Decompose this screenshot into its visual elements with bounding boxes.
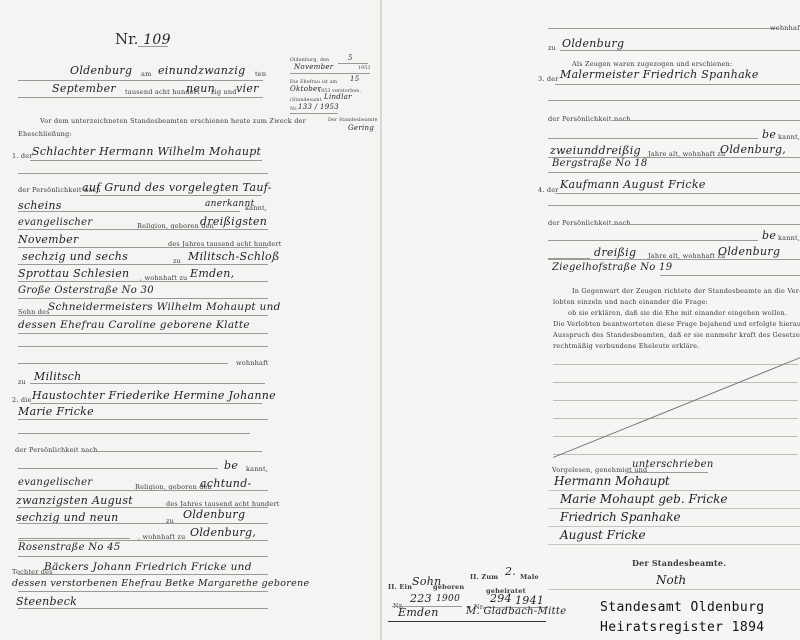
bride-residence: Oldenburg, — [190, 526, 256, 539]
registrar-label: Der Standesbeamte. — [632, 558, 726, 568]
groom-address: Große Osterstraße No 30 — [18, 285, 154, 296]
witness4-identity-mark: be — [762, 229, 776, 242]
witness3-kannt: kannt, — [778, 133, 800, 141]
witness4-kannt: kannt, — [778, 234, 800, 242]
margin-line7-print: Der Standesbeamte — [328, 118, 377, 123]
groom-kannt: kannt, — [245, 204, 267, 212]
note-left-label-1: II. Ein — [388, 583, 412, 591]
archive-caption: Standesamt Oldenburg Heiratsregister 189… — [600, 598, 765, 638]
bride-identity-mark: be — [224, 459, 238, 472]
intro-text-2: Eheschließung: — [18, 130, 72, 138]
witness3-name: Malermeister Friedrich Spanhake — [560, 68, 759, 81]
bride-current-residence: Oldenburg — [562, 37, 624, 50]
declaration-line-1: In Gegenwart der Zeugen richtete der Sta… — [572, 287, 800, 295]
registration-month: September — [52, 82, 116, 95]
witness3-address: Bergstraße No 18 — [552, 158, 648, 169]
witness3-identity-label: der Persönlichkeit nach — [548, 115, 631, 123]
groom-birth-day: dreißigsten — [200, 215, 267, 228]
note-right-label-1: II. Zum — [470, 573, 498, 581]
note-right-hand: 2. — [505, 565, 516, 578]
witness-intro: Als Zeugen waren zugezogen und erschiene… — [572, 60, 732, 68]
bride-birth-place: Oldenburg — [183, 508, 245, 521]
signature-groom: Hermann Mohaupt — [554, 474, 670, 488]
caption-line-1: Standesamt Oldenburg — [600, 598, 765, 618]
intro-text-1: Vor dem unterzeichneten Standesbeamten e… — [40, 117, 306, 125]
bride-religion: evangelischer — [18, 477, 92, 488]
groom-religion: evangelischer — [18, 217, 92, 228]
witness4-age: dreißig — [594, 246, 636, 259]
margin-line3-hand: 15 — [350, 75, 360, 83]
declaration-line-5: Ausspruch des Standesbeamten, daß er sie… — [553, 331, 800, 339]
bride-mother-2: Steenbeck — [16, 595, 77, 608]
bride-wohnhaft-label: wohnhaft — [770, 24, 800, 32]
groom-residence: Emden, — [190, 267, 234, 280]
bride-number-label: 2. die — [12, 396, 32, 404]
bride-name-1: Haustochter Friederike Hermine Johanne — [32, 389, 276, 402]
signature-witness4: August Fricke — [560, 528, 646, 542]
witness4-address: Ziegelhofstraße No 19 — [552, 262, 672, 273]
entry-number-label: Nr. — [115, 30, 138, 48]
signature-bride: Marie Mohaupt geb. Fricke — [560, 492, 727, 506]
margin-line2-year: 1953 — [358, 66, 371, 71]
groom-identity-1: auf Grund des vorgelegten Tauf- — [82, 181, 272, 194]
caption-line-2: Heiratsregister 1894 — [600, 618, 765, 638]
witness4-identity-label: der Persönlichkeit nach — [548, 219, 631, 227]
margin-line5-hand: Lindlar — [324, 93, 352, 101]
bride-birth-day-2: zwanzigsten August — [16, 494, 133, 507]
note-right-nr: 294 — [490, 592, 512, 605]
bride-father: Bäckers Johann Friedrich Fricke und — [44, 561, 252, 573]
declaration-line-6: rechtmäßig verbundene Eheleute erkläre. — [553, 342, 699, 350]
groom-birth-place-2: Sprottau Schlesien — [18, 267, 129, 280]
groom-birth-year: sechzig und sechs — [22, 250, 128, 263]
groom-current-residence: Militsch — [34, 370, 82, 383]
witness3-number-label: 3. der — [538, 75, 559, 83]
margin-line6-print: Nr. — [290, 107, 298, 112]
bride-name-2: Marie Fricke — [18, 405, 94, 418]
note-left-year: 1900 — [436, 594, 460, 604]
declaration-line-3: ob sie erklären, daß sie die Ehe mit ein… — [568, 309, 787, 317]
witness3-age: zweiunddreißig — [550, 144, 641, 157]
bride-mother-1: dessen verstorbenen Ehefrau Betke Margar… — [12, 578, 309, 589]
ten-label: ten — [255, 70, 266, 78]
note-left-place: Emden — [398, 606, 439, 619]
margin-signature: Gering — [348, 124, 374, 132]
note-right-place: M. Gladbach-Mitte — [466, 606, 566, 617]
margin-line6-hand: 133 / 1953 — [298, 103, 339, 111]
witness4-name: Kaufmann August Fricke — [560, 178, 706, 191]
groom-father: Schneidermeisters Wilhelm Mohaupt und — [48, 301, 281, 313]
witness4-residence: Oldenburg — [718, 245, 780, 258]
margin-line2-hand: November — [294, 63, 333, 71]
read-approved-hand: unterschrieben — [632, 459, 714, 470]
year-hand-2: vier — [236, 82, 259, 95]
witness3-identity-mark: be — [762, 128, 776, 141]
declaration-line-4: Die Verlobten beantworteten diese Frage … — [553, 320, 800, 328]
am-label: am — [141, 70, 151, 78]
signature-witness3: Friedrich Spanhake — [560, 510, 681, 524]
bride-kannt: kannt, — [246, 465, 268, 473]
registration-place: Oldenburg — [70, 64, 132, 77]
year-zig-label: zig und — [211, 88, 237, 96]
groom-wohnhaft-label: wohnhaft — [236, 359, 269, 367]
groom-number-label: 1. der — [12, 152, 33, 160]
note-left-nr: 223 — [410, 592, 432, 605]
registration-day: einundzwanzig — [158, 64, 245, 77]
note-right-label-2: Male — [520, 573, 539, 581]
bride-address: Rosenstraße No 45 — [18, 542, 120, 553]
bride-zu-label: zu — [548, 44, 556, 52]
groom-birth-place-1: Militsch-Schloß — [188, 250, 280, 263]
note-left-label-2: geboren — [433, 583, 464, 591]
declaration-line-2: lobten einzeln und nach einander die Fra… — [553, 298, 708, 306]
groom-birth-month: November — [18, 233, 79, 246]
bride-birth-day-1: achtund- — [200, 477, 252, 490]
registrar-signature: Noth — [656, 573, 686, 587]
witness3-residence: Oldenburg, — [720, 143, 786, 156]
groom-mother: dessen Ehefrau Caroline geborene Klatte — [18, 319, 250, 331]
margin-line1-hand: 5 — [348, 54, 353, 62]
groom-zu-label: zu — [18, 378, 26, 386]
groom-name: Schlachter Hermann Wilhelm Mohaupt — [32, 145, 261, 158]
bride-identity-label: der Persönlichkeit nach — [15, 446, 98, 454]
margin-line4-hand: Oktober — [290, 85, 321, 93]
